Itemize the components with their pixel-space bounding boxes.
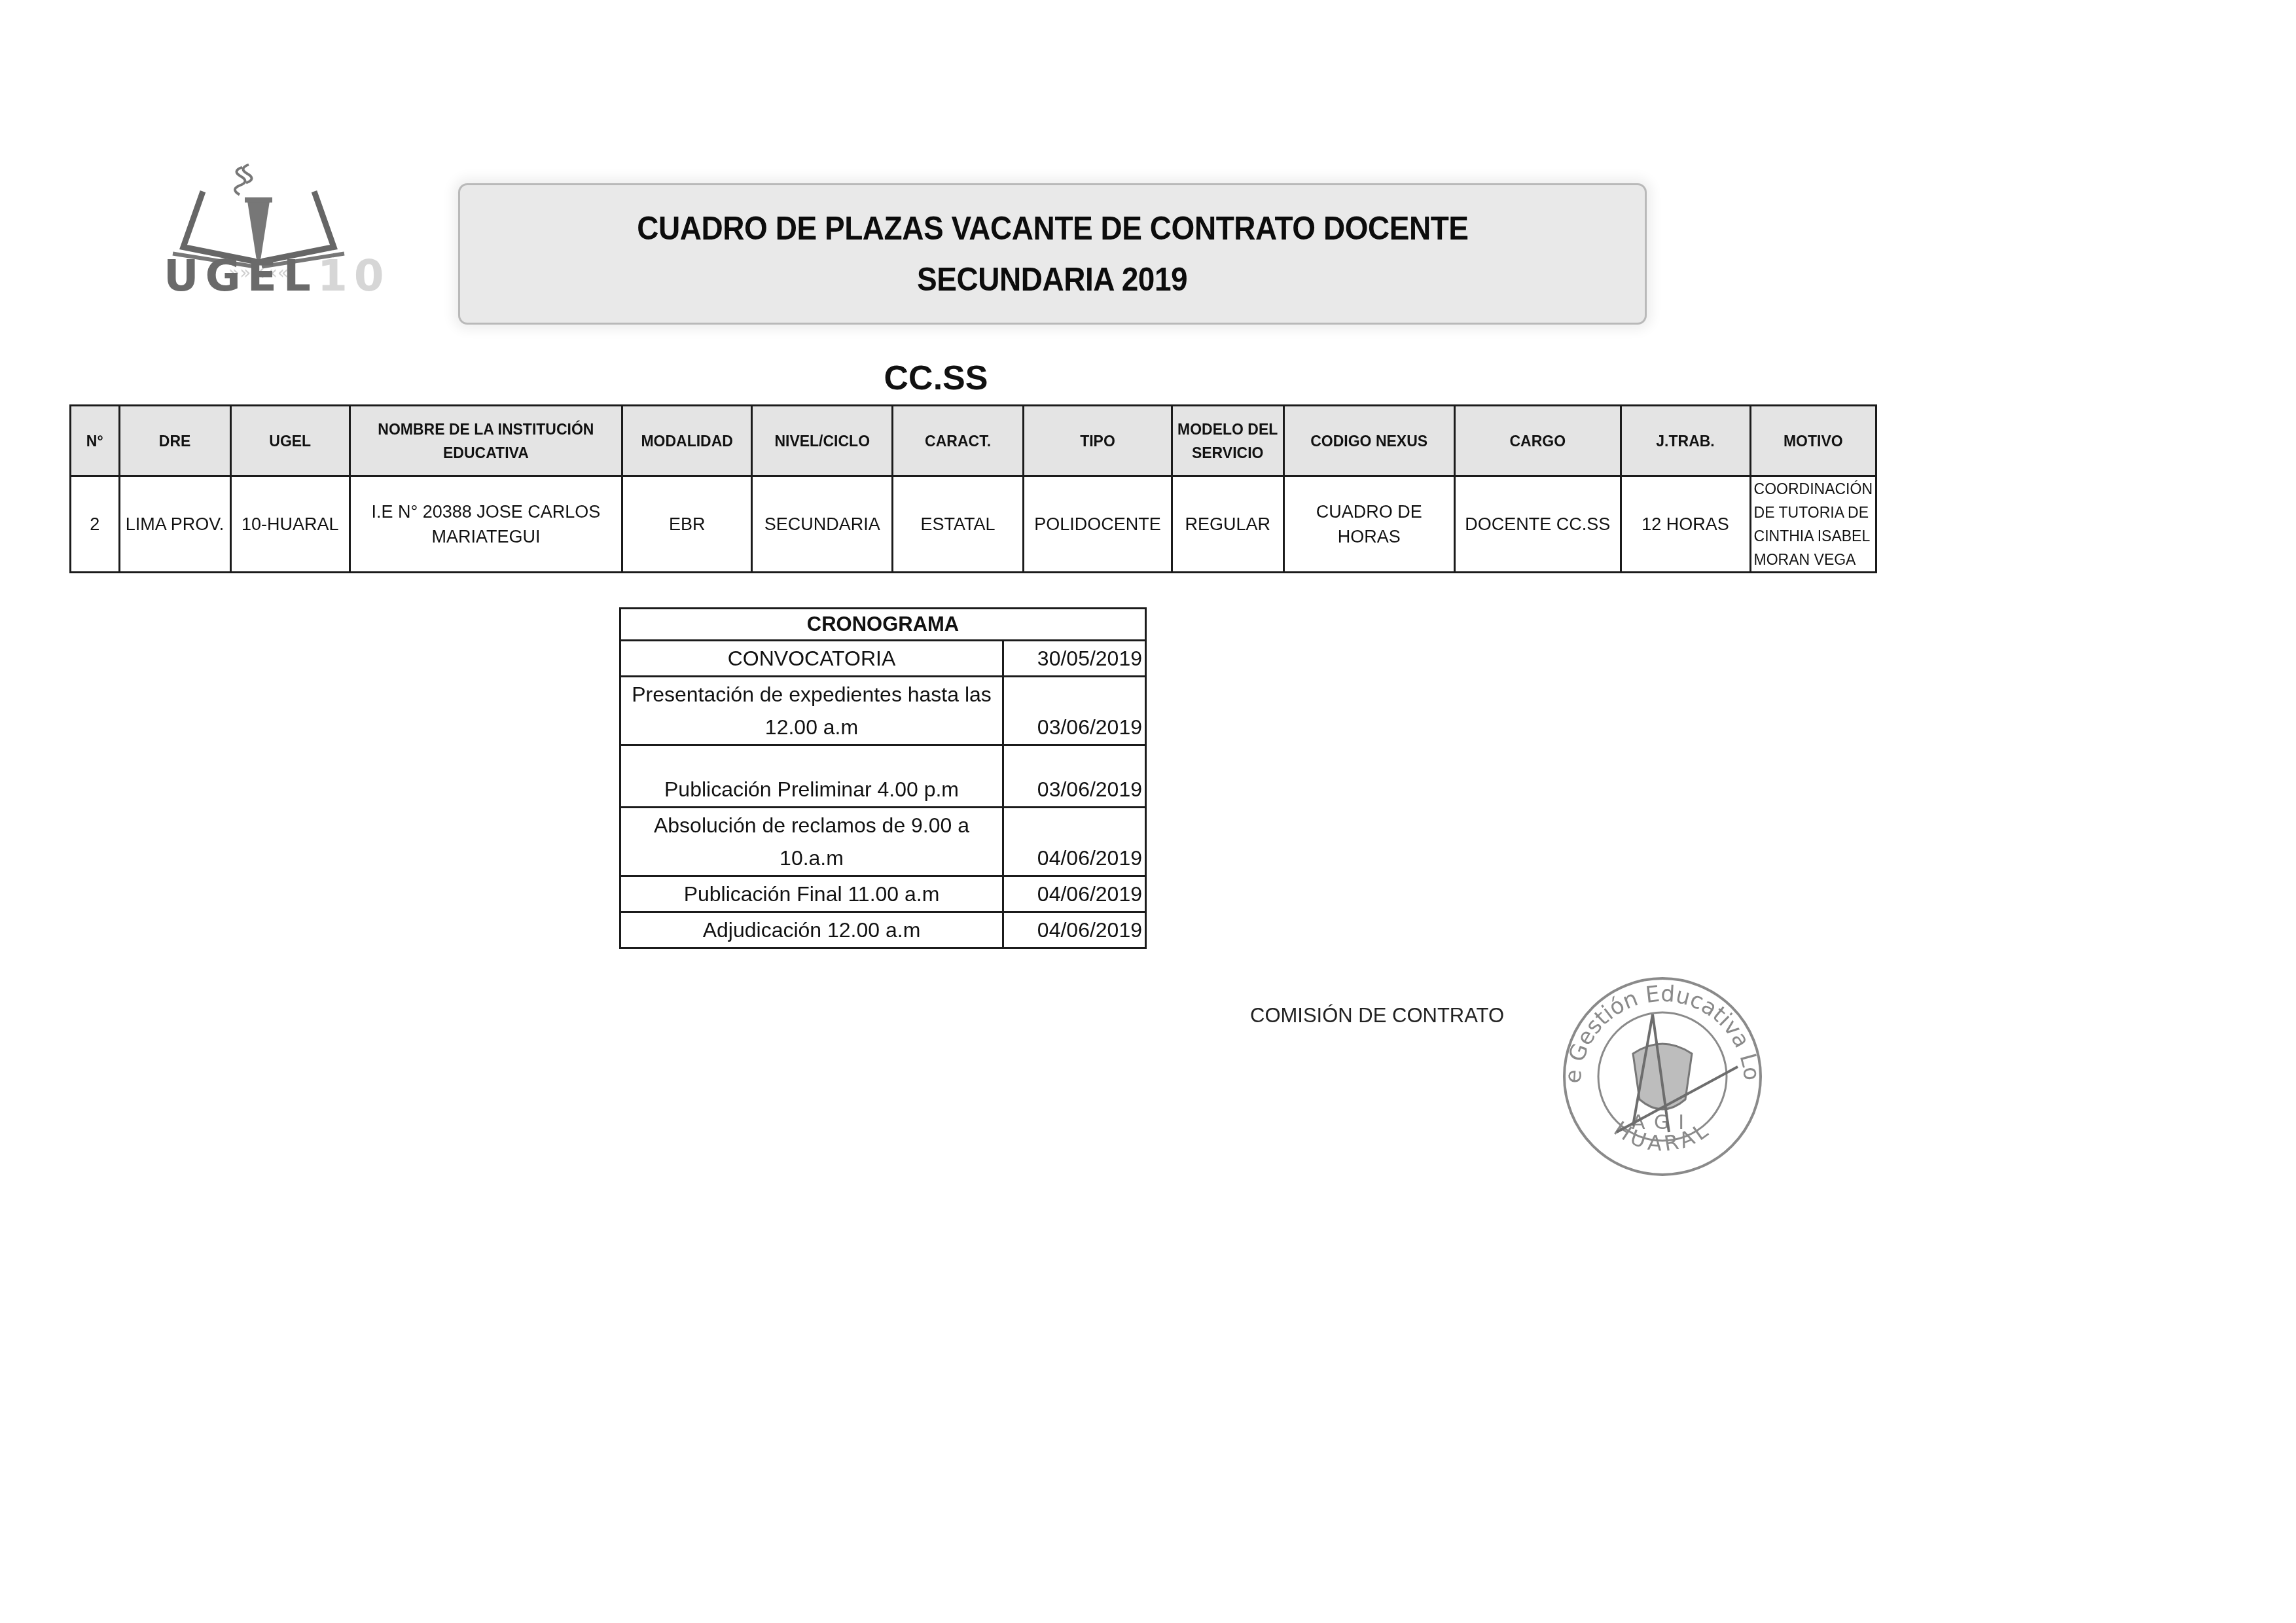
schedule-table: CRONOGRAMA CONVOCATORIA 30/05/2019 Prese… [619,607,1147,949]
cell-j-trab: 12 HORAS [1621,476,1750,573]
logo-wordmark: UGEL10 [164,251,353,301]
col-header-n: N° [71,406,120,476]
section-title: CC.SS [851,359,1021,398]
cell-institucion: I.E N° 20388 JOSE CARLOS MARIATEGUI [350,476,622,573]
col-header-motivo: MOTIVO [1750,406,1876,476]
col-header-j-trab: J.TRAB. [1621,406,1750,476]
cell-dre: LIMA PROV. [119,476,230,573]
schedule-date: 04/06/2019 [1003,912,1146,948]
schedule-date: 04/06/2019 [1003,808,1146,876]
col-header-modelo-servicio: MODELO DEL SERVICIO [1172,406,1283,476]
logo-text-ugel: UGEL [164,251,317,301]
svg-text:AGI: AGI [1632,1111,1693,1134]
col-header-tipo: TIPO [1024,406,1172,476]
schedule-activity: CONVOCATORIA [620,641,1003,677]
schedule-row: Absolución de reclamos de 9.00 a 10.a.m … [620,808,1146,876]
cell-n: 2 [71,476,120,573]
document-subtitle: SECUNDARIA 2019 [917,254,1187,305]
document-title-box: CUADRO DE PLAZAS VACANTE DE CONTRATO DOC… [458,183,1647,325]
schedule-title: CRONOGRAMA [620,609,1146,641]
ugel-logo: »»×«« UGEL10 [164,134,353,308]
col-header-dre: DRE [119,406,230,476]
col-header-ugel: UGEL [230,406,350,476]
table-row: 2 LIMA PROV. 10-HUARAL I.E N° 20388 JOSE… [71,476,1876,573]
table-header-row: N° DRE UGEL NOMBRE DE LA INSTITUCIÓN EDU… [71,406,1876,476]
col-header-modalidad: MODALIDAD [622,406,751,476]
cell-cargo: DOCENTE CC.SS [1454,476,1621,573]
schedule-row: Publicación Preliminar 4.00 p.m 03/06/20… [620,745,1146,808]
cell-caract: ESTATAL [893,476,1024,573]
schedule-date: 30/05/2019 [1003,641,1146,677]
vacancies-table: N° DRE UGEL NOMBRE DE LA INSTITUCIÓN EDU… [69,404,1877,573]
schedule-activity: Adjudicación 12.00 a.m [620,912,1003,948]
signature-label: COMISIÓN DE CONTRATO [1250,1004,1504,1027]
schedule-activity: Publicación Final 11.00 a.m [620,876,1003,912]
seal-icon: Unidad de Gestión Educativa Local N° 10 … [1554,969,1770,1185]
schedule-date: 03/06/2019 [1003,677,1146,745]
cell-modalidad: EBR [622,476,751,573]
cell-tipo: POLIDOCENTE [1024,476,1172,573]
schedule-row: Presentación de expedientes hasta las 12… [620,677,1146,745]
col-header-caract: CARACT. [893,406,1024,476]
schedule-date: 04/06/2019 [1003,876,1146,912]
schedule-activity: Presentación de expedientes hasta las 12… [620,677,1003,745]
logo-text-number: 10 [317,251,391,301]
schedule-row: Adjudicación 12.00 a.m 04/06/2019 [620,912,1146,948]
cell-motivo: COORDINACIÓN DE TUTORIA DE CINTHIA ISABE… [1750,476,1876,573]
col-header-cargo: CARGO [1454,406,1621,476]
schedule-activity: Publicación Preliminar 4.00 p.m [620,745,1003,808]
schedule-activity: Absolución de reclamos de 9.00 a 10.a.m [620,808,1003,876]
cell-codigo-nexus: CUADRO DE HORAS [1283,476,1454,573]
cell-nivel-ciclo: SECUNDARIA [752,476,893,573]
col-header-institucion: NOMBRE DE LA INSTITUCIÓN EDUCATIVA [350,406,622,476]
col-header-codigo-nexus: CODIGO NEXUS [1283,406,1454,476]
document-title: CUADRO DE PLAZAS VACANTE DE CONTRATO DOC… [637,203,1468,254]
official-stamp: Unidad de Gestión Educativa Local N° 10 … [1554,969,1770,1185]
schedule-date: 03/06/2019 [1003,745,1146,808]
schedule-row: Publicación Final 11.00 a.m 04/06/2019 [620,876,1146,912]
cell-modelo-servicio: REGULAR [1172,476,1283,573]
cell-ugel: 10-HUARAL [230,476,350,573]
col-header-nivel-ciclo: NIVEL/CICLO [752,406,893,476]
schedule-row: CONVOCATORIA 30/05/2019 [620,641,1146,677]
